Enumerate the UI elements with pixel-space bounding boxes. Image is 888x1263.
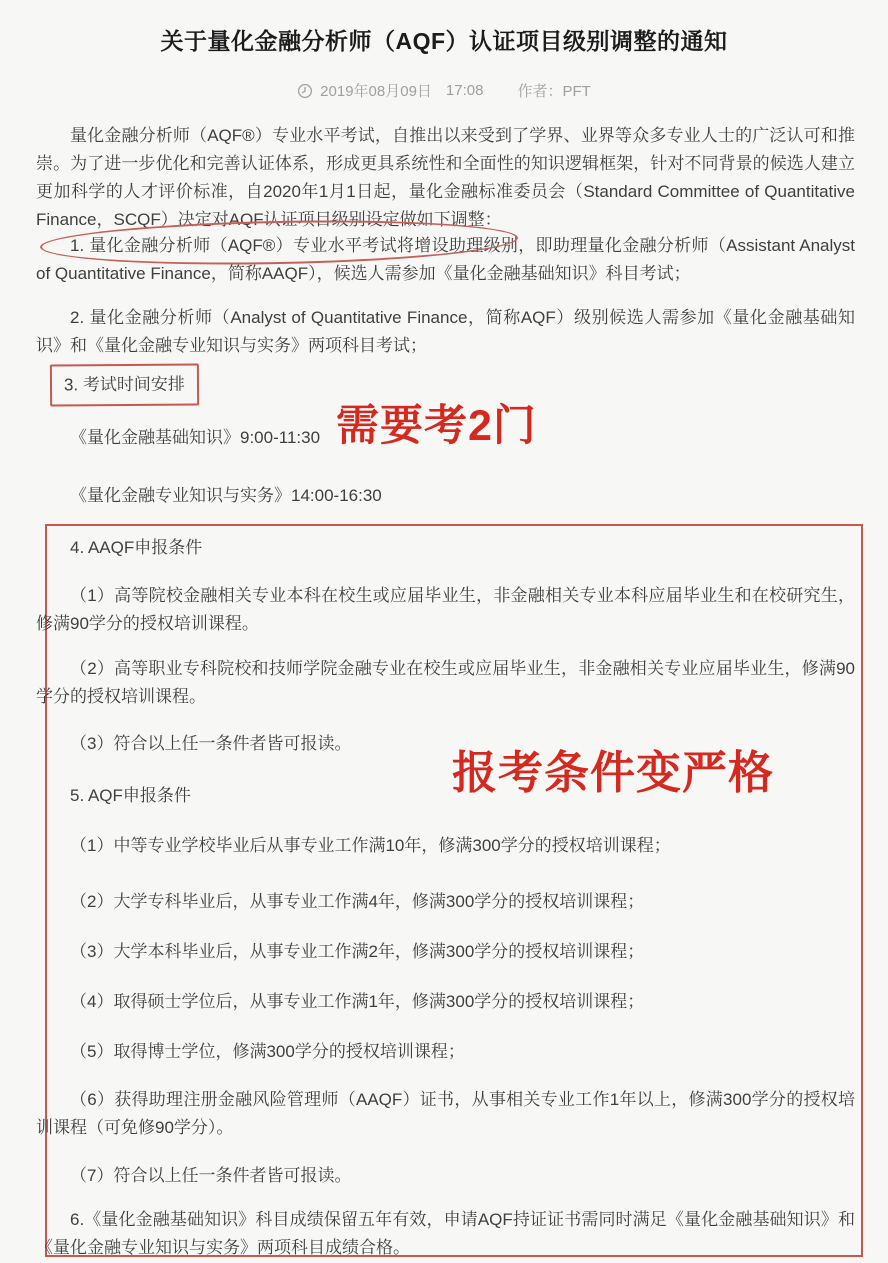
clock-icon	[297, 83, 313, 99]
exam-time-basics: 《量化金融基础知识》9:00-11:30	[36, 424, 855, 452]
notice-item-6: 6.《量化金融基础知识》科目成绩保留五年有效，申请AQF持证证书需同时满足《量化…	[36, 1206, 855, 1262]
section4-heading: 4. AAQF申报条件	[36, 534, 855, 562]
publish-date: 2019年08月09日	[320, 80, 432, 101]
section3-heading: 3. 考试时间安排	[64, 375, 185, 395]
section3-highlight-box: 3. 考试时间安排	[50, 363, 199, 406]
aqf-requirement-1: （1）中等专业学校毕业后从事专业工作满10年，修满300学分的授权培训课程；	[36, 832, 855, 860]
aqf-requirement-2: （2）大学专科毕业后，从事专业工作满4年，修满300学分的授权培训课程；	[36, 888, 855, 916]
publish-time: 17:08	[446, 82, 484, 99]
aqf-requirement-5: （5）取得博士学位，修满300学分的授权培训课程；	[36, 1038, 855, 1066]
aqf-requirement-4: （4）取得硕士学位后，从事专业工作满1年，修满300学分的授权培训课程；	[36, 988, 855, 1016]
author-label: 作者：PFT	[517, 80, 590, 101]
exam-time-practice: 《量化金融专业知识与实务》14:00-16:30	[36, 482, 855, 510]
intro-paragraph: 量化金融分析师（AQF®）专业水平考试，自推出以来受到了学界、业界等众多专业人士…	[36, 122, 855, 234]
aaqf-requirement-1: （1）高等院校金融相关专业本科在校生或应届毕业生，非金融相关专业本科应届毕业生和…	[36, 582, 855, 638]
section5-heading: 5. AQF申报条件	[36, 782, 855, 810]
article-meta: 2019年08月09日 17:08 作者：PFT	[0, 80, 888, 101]
aqf-requirement-7: （7）符合以上任一条件者皆可报读。	[36, 1162, 855, 1190]
article-page: 关于量化金融分析师（AQF）认证项目级别调整的通知 2019年08月09日 17…	[0, 0, 888, 1263]
aqf-requirement-6: （6）获得助理注册金融风险管理师（AAQF）证书，从事相关专业工作1年以上，修满…	[36, 1086, 855, 1142]
aaqf-requirement-2: （2）高等职业专科院校和技师学院金融专业在校生或应届毕业生，非金融相关专业应届毕…	[36, 655, 855, 711]
aqf-requirement-3: （3）大学本科毕业后，从事专业工作满2年，修满300学分的授权培训课程；	[36, 938, 855, 966]
notice-item-1: 1. 量化金融分析师（AQF®）专业水平考试将增设助理级别，即助理量化金融分析师…	[36, 232, 855, 288]
aaqf-requirement-3: （3）符合以上任一条件者皆可报读。	[36, 730, 855, 758]
page-title: 关于量化金融分析师（AQF）认证项目级别调整的通知	[0, 26, 888, 57]
notice-item-2: 2. 量化金融分析师（Analyst of Quantitative Finan…	[36, 304, 855, 360]
